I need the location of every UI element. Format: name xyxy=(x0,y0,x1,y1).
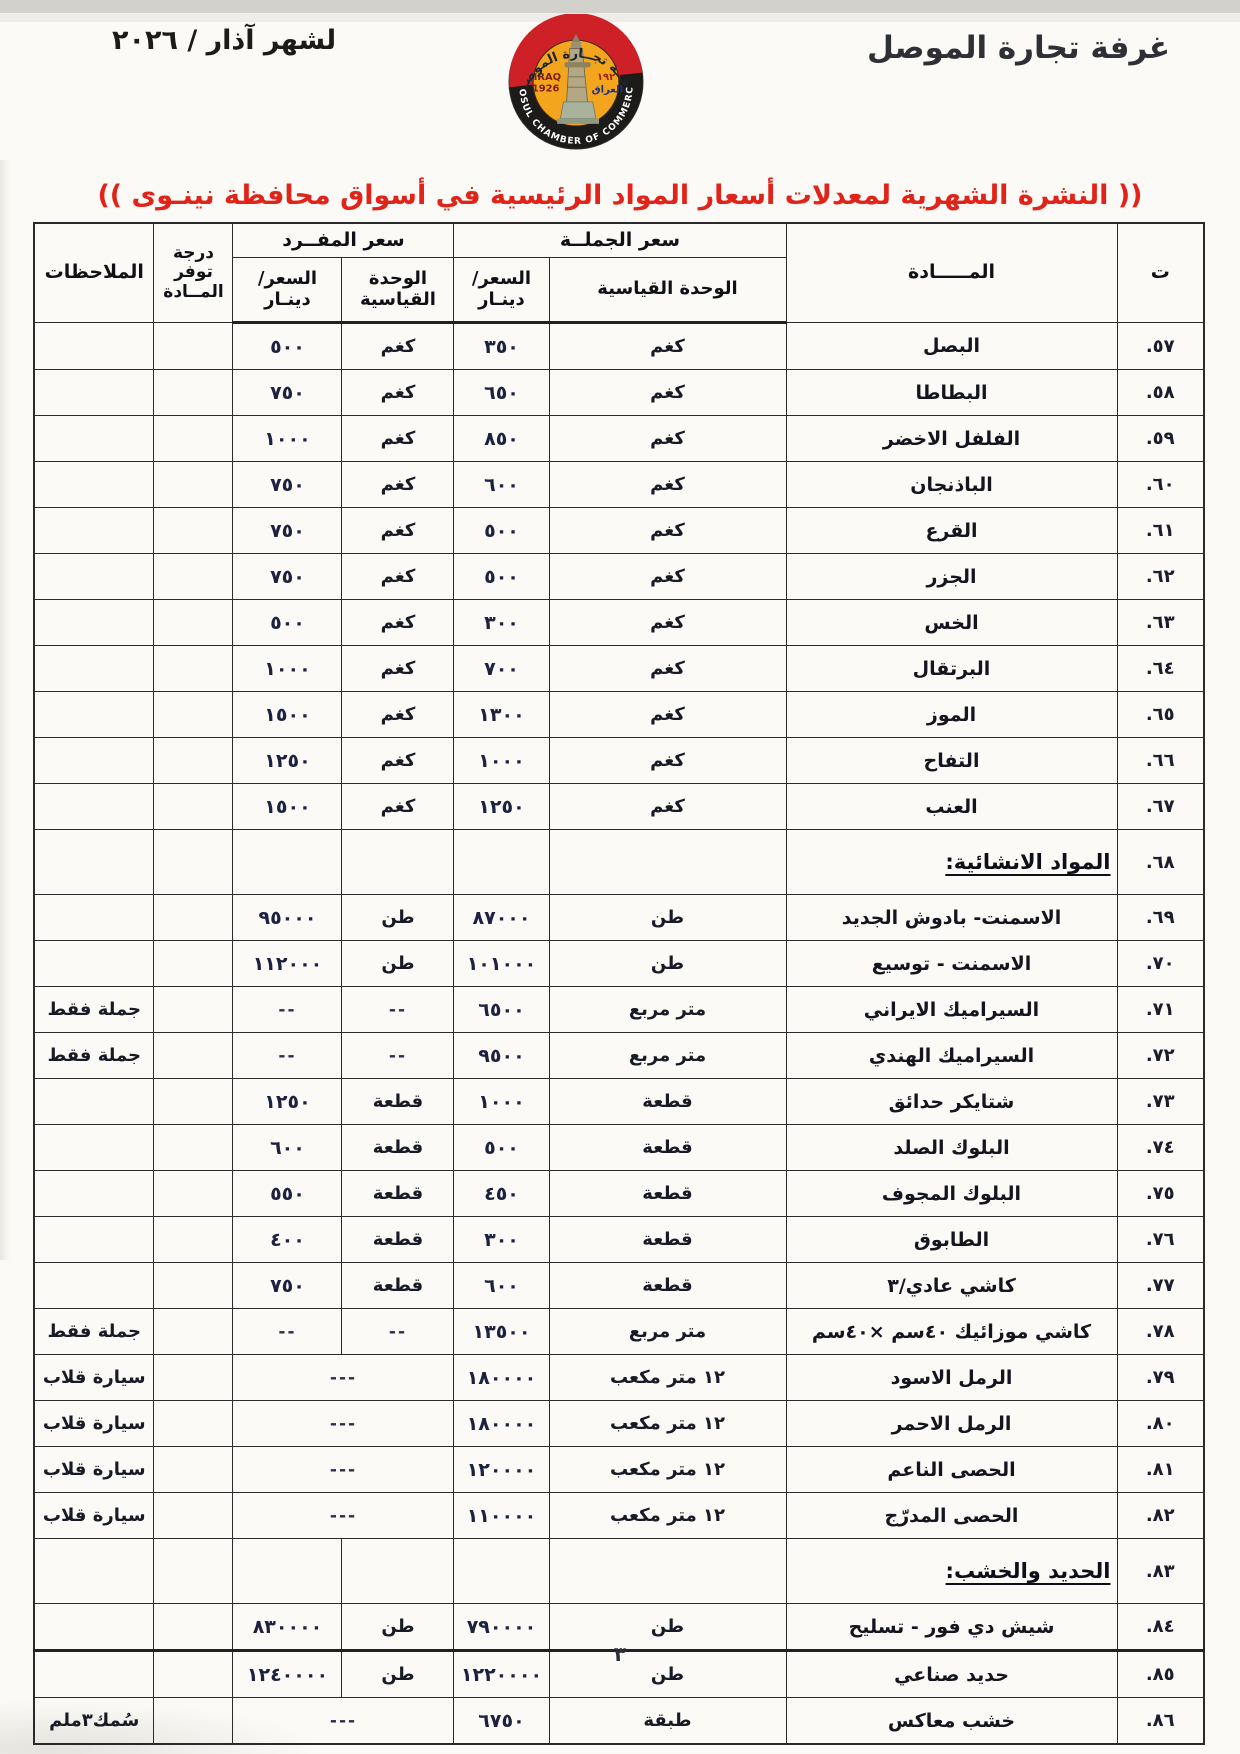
price-row: ٧٥.البلوك المجوفقطعة٤٥٠قطعة٥٥٠ xyxy=(34,1171,1204,1217)
price-row: ٦٢.الجزركغم٥٠٠كغم٧٥٠ xyxy=(34,554,1204,600)
retail-price-cell: ١٢٥٠ xyxy=(233,1079,342,1125)
retail-price-cell: ٥٠٠ xyxy=(233,600,342,646)
notes-cell xyxy=(34,1125,154,1171)
notes-cell xyxy=(34,1539,154,1604)
price-row: ٦٧.العنبكغم١٢٥٠كغم١٥٠٠ xyxy=(34,784,1204,830)
price-row: ٨٢.الحصى المدرّج١٢ متر مكعب١١٠٠٠٠---سيار… xyxy=(34,1493,1204,1539)
retail-unit-cell: كغم xyxy=(342,370,454,416)
notes-cell xyxy=(34,1263,154,1309)
price-row: ٧١.السيراميك الايرانيمتر مربع٦٥٠٠----جمل… xyxy=(34,987,1204,1033)
retail-unit-cell: كغم xyxy=(342,416,454,462)
notes-cell: جملة فقط xyxy=(34,987,154,1033)
section-row: ٦٨.المواد الانشائية: xyxy=(34,830,1204,895)
material-cell: الرمل الاسود xyxy=(786,1355,1117,1401)
row-number-cell: ٦٥. xyxy=(1117,692,1204,738)
retail-unit-cell: كغم xyxy=(342,738,454,784)
section-row: ٨٣.الحديد والخشب: xyxy=(34,1539,1204,1604)
wholesale-price-cell xyxy=(454,1539,549,1604)
wholesale-unit-cell: كغم xyxy=(549,462,786,508)
material-cell: البصل xyxy=(786,323,1117,370)
notes-cell xyxy=(34,895,154,941)
notes-cell xyxy=(34,462,154,508)
notes-cell: جملة فقط xyxy=(34,1033,154,1079)
bulletin-title: (( النشرة الشهرية لمعدلات أسعار المواد ا… xyxy=(0,180,1240,211)
wholesale-price-cell: ١٣٥٠٠ xyxy=(454,1309,549,1355)
retail-price-cell: ٧٥٠ xyxy=(233,554,342,600)
price-row: ٧٢.السيراميك الهنديمتر مربع٩٥٠٠----جملة … xyxy=(34,1033,1204,1079)
notes-cell xyxy=(34,416,154,462)
material-cell: الفلفل الاخضر xyxy=(786,416,1117,462)
availability-cell xyxy=(154,1079,233,1125)
notes-cell xyxy=(34,1217,154,1263)
availability-cell xyxy=(154,692,233,738)
price-row: ٥٨.البطاطاكغم٦٥٠كغم٧٥٠ xyxy=(34,370,1204,416)
retail-merged-cell: --- xyxy=(233,1401,454,1447)
retail-price-cell: -- xyxy=(233,987,342,1033)
material-cell: الاسمنت - توسيع xyxy=(786,941,1117,987)
material-cell: الجزر xyxy=(786,554,1117,600)
wholesale-price-cell: ٤٥٠ xyxy=(454,1171,549,1217)
retail-unit-cell: -- xyxy=(342,987,454,1033)
availability-cell xyxy=(154,1493,233,1539)
row-number-cell: ٨٢. xyxy=(1117,1493,1204,1539)
notes-cell xyxy=(34,941,154,987)
material-cell: كاشي موزائيك ٤٠سم ×٤٠سم xyxy=(786,1309,1117,1355)
retail-price-cell: ١٠٠٠ xyxy=(233,416,342,462)
availability-cell xyxy=(154,1125,233,1171)
header-notes: الملاحظات xyxy=(34,223,154,323)
wholesale-unit-cell: كغم xyxy=(549,646,786,692)
wholesale-unit-cell: طبقة xyxy=(549,1698,786,1745)
price-row: ٨٦.خشب معاكسطبقة٦٧٥٠---سُمك٣ملم xyxy=(34,1698,1204,1745)
retail-price-cell: ١٥٠٠ xyxy=(233,692,342,738)
material-cell: شتايكر حدائق xyxy=(786,1079,1117,1125)
retail-unit-cell: قطعة xyxy=(342,1125,454,1171)
wholesale-price-cell: ٧٠٠ xyxy=(454,646,549,692)
retail-unit-cell: -- xyxy=(342,1033,454,1079)
material-cell: السيراميك الايراني xyxy=(786,987,1117,1033)
wholesale-unit-cell: كغم xyxy=(549,784,786,830)
material-cell: كاشي عادي/٣ xyxy=(786,1263,1117,1309)
price-row: ٦٩.الاسمنت- بادوش الجديدطن٨٧٠٠٠طن٩٥٠٠٠ xyxy=(34,895,1204,941)
retail-price-cell: ٥٥٠ xyxy=(233,1171,342,1217)
retail-unit-cell: طن xyxy=(342,895,454,941)
material-cell: الطابوق xyxy=(786,1217,1117,1263)
wholesale-unit-cell: كغم xyxy=(549,416,786,462)
retail-price-cell: ٧٥٠ xyxy=(233,508,342,554)
header-wholesale-unit: الوحدة القياسية xyxy=(549,258,786,323)
retail-unit-cell: -- xyxy=(342,1309,454,1355)
section-title-cell: المواد الانشائية: xyxy=(786,830,1117,895)
notes-cell xyxy=(34,646,154,692)
wholesale-price-cell: ٣٥٠ xyxy=(454,323,549,370)
row-number-cell: ٦٣. xyxy=(1117,600,1204,646)
material-cell: البلوك المجوف xyxy=(786,1171,1117,1217)
retail-merged-cell: --- xyxy=(233,1698,454,1745)
price-row: ٧٠.الاسمنت - توسيعطن١٠١٠٠٠طن١١٢٠٠٠ xyxy=(34,941,1204,987)
availability-cell xyxy=(154,1263,233,1309)
material-cell: الحصى المدرّج xyxy=(786,1493,1117,1539)
price-row: ٦٤.البرتقالكغم٧٠٠كغم١٠٠٠ xyxy=(34,646,1204,692)
header-wholesale-group: سعر الجملــة xyxy=(454,223,786,258)
retail-price-cell: ٦٠٠ xyxy=(233,1125,342,1171)
wholesale-unit-cell: قطعة xyxy=(549,1079,786,1125)
material-cell: الاسمنت- بادوش الجديد xyxy=(786,895,1117,941)
availability-cell xyxy=(154,1401,233,1447)
notes-cell xyxy=(34,323,154,370)
section-title-cell: الحديد والخشب: xyxy=(786,1539,1117,1604)
wholesale-unit-cell: كغم xyxy=(549,508,786,554)
scan-artifact-left-edge xyxy=(0,160,10,1260)
wholesale-price-cell: ١٠١٠٠٠ xyxy=(454,941,549,987)
notes-cell xyxy=(34,554,154,600)
price-row: ٨٠.الرمل الاحمر١٢ متر مكعب١٨٠٠٠٠---سيارة… xyxy=(34,1401,1204,1447)
wholesale-price-cell: ١٨٠٠٠٠ xyxy=(454,1355,549,1401)
retail-price-cell: ١٢٥٠ xyxy=(233,738,342,784)
availability-cell xyxy=(154,323,233,370)
row-number-cell: ٦٧. xyxy=(1117,784,1204,830)
price-row: ٧٧.كاشي عادي/٣قطعة٦٠٠قطعة٧٥٠ xyxy=(34,1263,1204,1309)
material-cell: الخس xyxy=(786,600,1117,646)
price-row: ٨١.الحصى الناعم١٢ متر مكعب١٢٠٠٠٠---سيارة… xyxy=(34,1447,1204,1493)
header-availability: درجة توفر المــادة xyxy=(154,223,233,323)
row-number-cell: ٦٤. xyxy=(1117,646,1204,692)
wholesale-price-cell: ٨٥٠ xyxy=(454,416,549,462)
header-no: ت xyxy=(1117,223,1204,323)
row-number-cell: ٧٥. xyxy=(1117,1171,1204,1217)
retail-price-cell xyxy=(233,1539,342,1604)
availability-cell xyxy=(154,1355,233,1401)
wholesale-unit-cell: قطعة xyxy=(549,1125,786,1171)
availability-cell xyxy=(154,554,233,600)
notes-cell xyxy=(34,370,154,416)
availability-cell xyxy=(154,646,233,692)
wholesale-price-cell: ٥٠٠ xyxy=(454,508,549,554)
retail-price-cell: ٥٠٠ xyxy=(233,323,342,370)
notes-cell xyxy=(34,692,154,738)
price-row: ٧٣.شتايكر حدائققطعة١٠٠٠قطعة١٢٥٠ xyxy=(34,1079,1204,1125)
wholesale-price-cell: ١٢٥٠ xyxy=(454,784,549,830)
availability-cell xyxy=(154,462,233,508)
retail-price-cell: ٩٥٠٠٠ xyxy=(233,895,342,941)
price-row: ٥٩.الفلفل الاخضركغم٨٥٠كغم١٠٠٠ xyxy=(34,416,1204,462)
wholesale-unit-cell: كغم xyxy=(549,323,786,370)
retail-unit-cell: كغم xyxy=(342,462,454,508)
availability-cell xyxy=(154,600,233,646)
wholesale-price-cell: ٨٧٠٠٠ xyxy=(454,895,549,941)
availability-cell xyxy=(154,1217,233,1263)
table-body: ٥٧.البصلكغم٣٥٠كغم٥٠٠٥٨.البطاطاكغم٦٥٠كغم٧… xyxy=(34,323,1204,1745)
material-cell: خشب معاكس xyxy=(786,1698,1117,1745)
header-retail-price: السعر/ دينـار xyxy=(233,258,342,323)
retail-unit-cell: كغم xyxy=(342,323,454,370)
retail-unit-cell: قطعة xyxy=(342,1079,454,1125)
wholesale-price-cell: ١٨٠٠٠٠ xyxy=(454,1401,549,1447)
row-number-cell: ٦١. xyxy=(1117,508,1204,554)
wholesale-price-cell xyxy=(454,830,549,895)
material-cell: الباذنجان xyxy=(786,462,1117,508)
price-table: ت المـــــادة سعر الجملــة سعر المفــرد … xyxy=(33,222,1205,1745)
wholesale-unit-cell: ١٢ متر مكعب xyxy=(549,1493,786,1539)
price-row: ٦٥.الموزكغم١٣٠٠كغم١٥٠٠ xyxy=(34,692,1204,738)
chamber-logo: IRAQ 1926 ١٩٢٦ العراق غرفــة تجــارة الم… xyxy=(508,14,644,150)
availability-cell xyxy=(154,1033,233,1079)
notes-cell xyxy=(34,738,154,784)
retail-unit-cell xyxy=(342,830,454,895)
notes-cell xyxy=(34,830,154,895)
material-cell: البطاطا xyxy=(786,370,1117,416)
row-number-cell: ٥٧. xyxy=(1117,323,1204,370)
wholesale-unit-cell xyxy=(549,1539,786,1604)
row-number-cell: ٥٨. xyxy=(1117,370,1204,416)
logo-iraq-en-line2: 1926 xyxy=(532,83,560,94)
availability-cell xyxy=(154,895,233,941)
notes-cell: جملة فقط xyxy=(34,1309,154,1355)
material-cell: العنب xyxy=(786,784,1117,830)
wholesale-unit-cell: كغم xyxy=(549,692,786,738)
retail-unit-cell: طن xyxy=(342,941,454,987)
row-number-cell: ٧٤. xyxy=(1117,1125,1204,1171)
wholesale-price-cell: ١٠٠٠ xyxy=(454,738,549,784)
price-row: ٦٦.التفاحكغم١٠٠٠كغم١٢٥٠ xyxy=(34,738,1204,784)
row-number-cell: ٦٩. xyxy=(1117,895,1204,941)
wholesale-price-cell: ٦٠٠ xyxy=(454,462,549,508)
chamber-logo-svg: IRAQ 1926 ١٩٢٦ العراق غرفــة تجــارة الم… xyxy=(508,14,644,150)
retail-unit-cell: كغم xyxy=(342,600,454,646)
wholesale-unit-cell: كغم xyxy=(549,370,786,416)
row-number-cell: ٦٨. xyxy=(1117,830,1204,895)
material-cell: التفاح xyxy=(786,738,1117,784)
availability-cell xyxy=(154,941,233,987)
material-cell: البرتقال xyxy=(786,646,1117,692)
table-header: ت المـــــادة سعر الجملــة سعر المفــرد … xyxy=(34,223,1204,323)
wholesale-price-cell: ٣٠٠ xyxy=(454,1217,549,1263)
row-number-cell: ٥٩. xyxy=(1117,416,1204,462)
wholesale-unit-cell: قطعة xyxy=(549,1171,786,1217)
document-page: غرفة تجارة الموصل لشهر آذار / ٢٠٢٦ xyxy=(0,0,1240,1754)
retail-unit-cell: قطعة xyxy=(342,1171,454,1217)
row-number-cell: ٦٦. xyxy=(1117,738,1204,784)
wholesale-price-cell: ٦٥٠٠ xyxy=(454,987,549,1033)
retail-merged-cell: --- xyxy=(233,1493,454,1539)
wholesale-unit-cell: ١٢ متر مكعب xyxy=(549,1355,786,1401)
retail-price-cell: ٧٥٠ xyxy=(233,1263,342,1309)
row-number-cell: ٨٣. xyxy=(1117,1539,1204,1604)
notes-cell xyxy=(34,508,154,554)
row-number-cell: ٧٨. xyxy=(1117,1309,1204,1355)
wholesale-price-cell: ٥٠٠ xyxy=(454,554,549,600)
row-number-cell: ٧١. xyxy=(1117,987,1204,1033)
material-cell: الحصى الناعم xyxy=(786,1447,1117,1493)
org-name: غرفة تجارة الموصل xyxy=(867,30,1170,66)
notes-cell: سيارة قلاب xyxy=(34,1447,154,1493)
wholesale-unit-cell: كغم xyxy=(549,554,786,600)
wholesale-unit-cell: طن xyxy=(549,941,786,987)
header-wholesale-price: السعر/ دينـار xyxy=(454,258,549,323)
wholesale-unit-cell: متر مربع xyxy=(549,987,786,1033)
availability-cell xyxy=(154,1447,233,1493)
availability-cell xyxy=(154,1698,233,1745)
retail-price-cell: -- xyxy=(233,1033,342,1079)
price-row: ٦٣.الخسكغم٣٠٠كغم٥٠٠ xyxy=(34,600,1204,646)
row-number-cell: ٧٣. xyxy=(1117,1079,1204,1125)
notes-cell: سيارة قلاب xyxy=(34,1355,154,1401)
wholesale-price-cell: ١٢٠٠٠٠ xyxy=(454,1447,549,1493)
header-material: المـــــادة xyxy=(786,223,1117,323)
notes-cell xyxy=(34,784,154,830)
retail-unit-cell: كغم xyxy=(342,784,454,830)
price-row: ٧٩.الرمل الاسود١٢ متر مكعب١٨٠٠٠٠---سيارة… xyxy=(34,1355,1204,1401)
wholesale-unit-cell: متر مربع xyxy=(549,1309,786,1355)
retail-unit-cell: قطعة xyxy=(342,1217,454,1263)
availability-cell xyxy=(154,784,233,830)
availability-cell xyxy=(154,1309,233,1355)
retail-price-cell: -- xyxy=(233,1309,342,1355)
notes-cell xyxy=(34,1079,154,1125)
row-number-cell: ٧٢. xyxy=(1117,1033,1204,1079)
notes-cell xyxy=(34,600,154,646)
wholesale-unit-cell: قطعة xyxy=(549,1217,786,1263)
wholesale-price-cell: ١٠٠٠ xyxy=(454,1079,549,1125)
price-row: ٧٨.كاشي موزائيك ٤٠سم ×٤٠سممتر مربع١٣٥٠٠-… xyxy=(34,1309,1204,1355)
row-number-cell: ٧٠. xyxy=(1117,941,1204,987)
wholesale-price-cell: ٥٠٠ xyxy=(454,1125,549,1171)
material-cell: الرمل الاحمر xyxy=(786,1401,1117,1447)
header-retail-unit: الوحدة القياسية xyxy=(342,258,454,323)
retail-unit-cell: كغم xyxy=(342,554,454,600)
retail-unit-cell: قطعة xyxy=(342,1263,454,1309)
wholesale-price-cell: ٦٠٠ xyxy=(454,1263,549,1309)
row-number-cell: ٧٧. xyxy=(1117,1263,1204,1309)
row-number-cell: ٦٢. xyxy=(1117,554,1204,600)
row-number-cell: ٧٩. xyxy=(1117,1355,1204,1401)
logo-iraq-ar: العراق xyxy=(592,84,623,95)
wholesale-unit-cell xyxy=(549,830,786,895)
material-cell: البلوك الصلد xyxy=(786,1125,1117,1171)
wholesale-price-cell: ٣٠٠ xyxy=(454,600,549,646)
availability-cell xyxy=(154,1171,233,1217)
row-number-cell: ٨١. xyxy=(1117,1447,1204,1493)
row-number-cell: ٦٠. xyxy=(1117,462,1204,508)
wholesale-unit-cell: طن xyxy=(549,895,786,941)
availability-cell xyxy=(154,508,233,554)
notes-cell xyxy=(34,1171,154,1217)
wholesale-unit-cell: قطعة xyxy=(549,1263,786,1309)
wholesale-unit-cell: متر مربع xyxy=(549,1033,786,1079)
row-number-cell: ٧٦. xyxy=(1117,1217,1204,1263)
availability-cell xyxy=(154,830,233,895)
retail-price-cell: ٧٥٠ xyxy=(233,370,342,416)
retail-merged-cell: --- xyxy=(233,1447,454,1493)
wholesale-unit-cell: كغم xyxy=(549,738,786,784)
notes-cell: سُمك٣ملم xyxy=(34,1698,154,1745)
material-cell: السيراميك الهندي xyxy=(786,1033,1117,1079)
wholesale-unit-cell: كغم xyxy=(549,600,786,646)
wholesale-unit-cell: ١٢ متر مكعب xyxy=(549,1401,786,1447)
availability-cell xyxy=(154,370,233,416)
price-row: ٧٤.البلوك الصلدقطعة٥٠٠قطعة٦٠٠ xyxy=(34,1125,1204,1171)
month-label: لشهر آذار / ٢٠٢٦ xyxy=(112,25,336,56)
wholesale-unit-cell: ١٢ متر مكعب xyxy=(549,1447,786,1493)
wholesale-price-cell: ٦٥٠ xyxy=(454,370,549,416)
row-number-cell: ٨٠. xyxy=(1117,1401,1204,1447)
wholesale-price-cell: ١١٠٠٠٠ xyxy=(454,1493,549,1539)
retail-unit-cell xyxy=(342,1539,454,1604)
retail-unit-cell: كغم xyxy=(342,508,454,554)
retail-price-cell xyxy=(233,830,342,895)
page-number: ٣ xyxy=(0,1642,1240,1666)
availability-cell xyxy=(154,738,233,784)
price-row: ٦٠.الباذنجانكغم٦٠٠كغم٧٥٠ xyxy=(34,462,1204,508)
retail-price-cell: ٧٥٠ xyxy=(233,462,342,508)
notes-cell: سيارة قلاب xyxy=(34,1401,154,1447)
material-cell: الموز xyxy=(786,692,1117,738)
retail-price-cell: ١٥٠٠ xyxy=(233,784,342,830)
wholesale-price-cell: ١٣٠٠ xyxy=(454,692,549,738)
wholesale-price-cell: ٦٧٥٠ xyxy=(454,1698,549,1745)
availability-cell xyxy=(154,416,233,462)
retail-merged-cell: --- xyxy=(233,1355,454,1401)
material-cell: القرع xyxy=(786,508,1117,554)
price-row: ٥٧.البصلكغم٣٥٠كغم٥٠٠ xyxy=(34,323,1204,370)
scan-artifact-top xyxy=(0,0,1240,13)
retail-price-cell: ١١٢٠٠٠ xyxy=(233,941,342,987)
retail-price-cell: ٤٠٠ xyxy=(233,1217,342,1263)
wholesale-price-cell: ٩٥٠٠ xyxy=(454,1033,549,1079)
retail-unit-cell: كغم xyxy=(342,692,454,738)
retail-unit-cell: كغم xyxy=(342,646,454,692)
retail-price-cell: ١٠٠٠ xyxy=(233,646,342,692)
notes-cell: سيارة قلاب xyxy=(34,1493,154,1539)
row-number-cell: ٨٦. xyxy=(1117,1698,1204,1745)
availability-cell xyxy=(154,987,233,1033)
price-row: ٦١.القرعكغم٥٠٠كغم٧٥٠ xyxy=(34,508,1204,554)
availability-cell xyxy=(154,1539,233,1604)
price-row: ٧٦.الطابوققطعة٣٠٠قطعة٤٠٠ xyxy=(34,1217,1204,1263)
header-retail-group: سعر المفــرد xyxy=(233,223,454,258)
